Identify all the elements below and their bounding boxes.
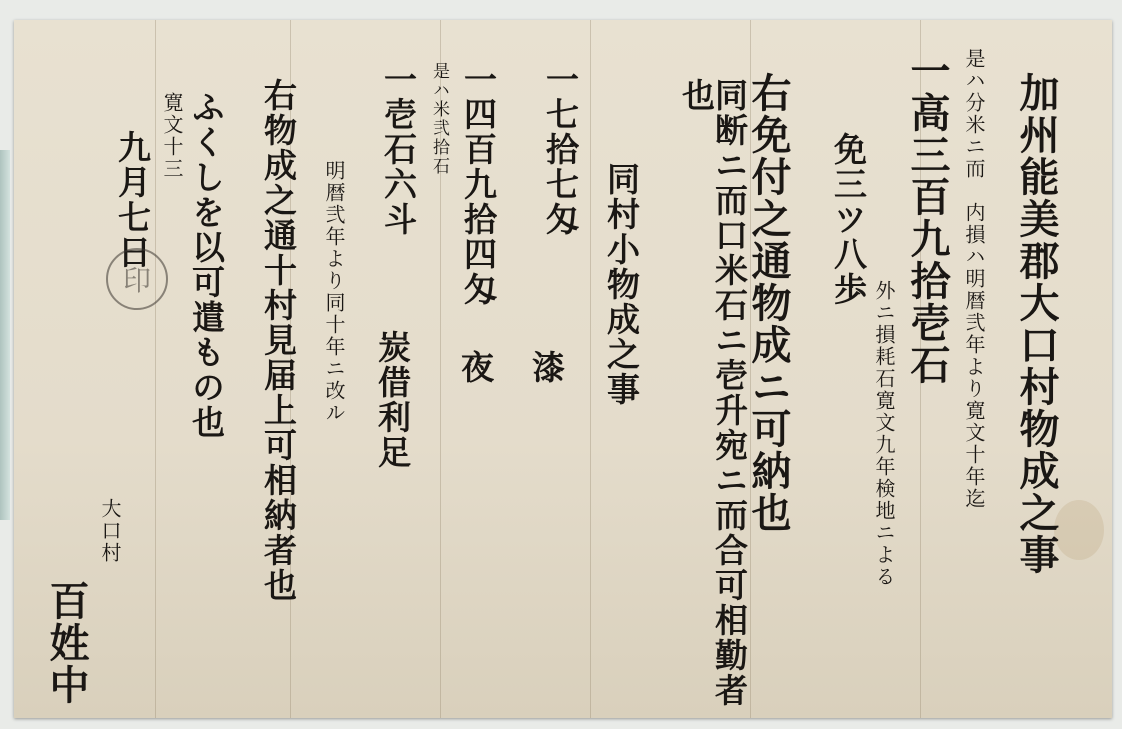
addressee: 百姓中 (46, 580, 86, 706)
closing-column: 右物成之通十村見届上可相納者也 (262, 78, 295, 603)
display-case-edge (0, 150, 10, 520)
item-column: 一壱石六斗 (382, 62, 415, 237)
note-column: 是ハ米弐拾石 (430, 62, 447, 176)
fold-line (155, 20, 156, 718)
note-column: 明暦弐年より同十年ニ改ル (324, 160, 344, 424)
round-seal-icon: 印 (106, 248, 168, 310)
item-column: 一四百九拾四匁 (462, 62, 495, 307)
document-sheet: 加州能美郡大口村物成之事 是ハ分米ニ而 内損ハ明暦弐年より寛文十年迄 一高三百九… (14, 20, 1112, 718)
heading-column: 同村小物成之事 (605, 162, 638, 407)
item-label: 炭借利足 (376, 330, 409, 470)
title-column: 加州能美郡大口村物成之事 (1016, 72, 1056, 576)
rate-column: 免三ツ八歩 (832, 132, 865, 307)
item-label: 夜 (459, 350, 492, 385)
paper-stain (1054, 500, 1104, 560)
item-column: 一高三百九拾壱石 (907, 50, 947, 386)
text-column: 同断ニ而口米石ニ壱升宛ニ而合可相勤者也 (680, 78, 746, 718)
fold-line (590, 20, 591, 718)
closing-column: ふくしを以可遣もの也 (190, 90, 223, 440)
text-column: 右免付之通物成ニ可納也 (748, 72, 788, 534)
note-column: 外ニ損耗石寛文九年検地ニよる (874, 280, 894, 588)
addressee-village: 大口村 (100, 498, 120, 564)
item-label: 漆 (530, 350, 563, 385)
note-column: 是ハ分米ニ而 内損ハ明暦弐年より寛文十年迄 (964, 48, 984, 510)
item-column: 一七拾七匁 (544, 62, 577, 237)
date-era: 寛文十三 (162, 92, 182, 180)
